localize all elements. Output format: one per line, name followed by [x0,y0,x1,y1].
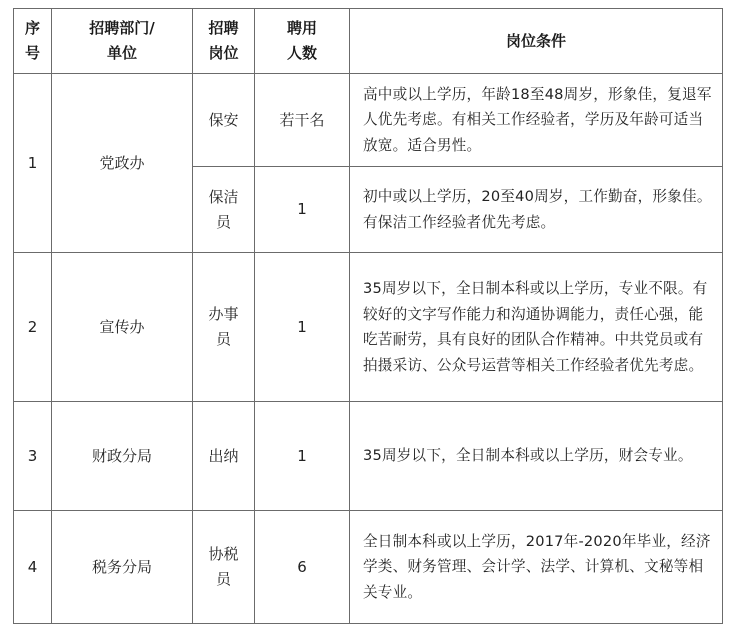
row-conditions: 初中或以上学历，20至40周岁，工作勤奋，形象佳。有保洁工作经验者优先考虑。 [350,167,723,253]
table-header-row: 序号 招聘部门/单位 招聘岗位 聘用人数 岗位条件 [14,9,723,74]
row-count: 1 [255,402,350,511]
table-row: 4 税务分局 协税员 6 全日制本科或以上学历，2017年-2020年毕业，经济… [14,511,723,624]
row-position: 协税员 [193,511,255,624]
row-conditions: 35周岁以下，全日制本科或以上学历，财会专业。 [350,402,723,511]
row-count: 1 [255,253,350,402]
row-department: 税务分局 [52,511,193,624]
table-row: 3 财政分局 出纳 1 35周岁以下，全日制本科或以上学历，财会专业。 [14,402,723,511]
table-row: 1 党政办 保安 若干名 高中或以上学历，年龄18至48周岁，形象佳，复退军人优… [14,74,723,167]
row-department: 财政分局 [52,402,193,511]
row-department: 宣传办 [52,253,193,402]
recruitment-table-container: 序号 招聘部门/单位 招聘岗位 聘用人数 岗位条件 1 党政办 保安 若干名 高… [13,8,722,624]
row-position: 保洁员 [193,167,255,253]
row-count: 1 [255,167,350,253]
header-department: 招聘部门/单位 [52,9,193,74]
table-row: 2 宣传办 办事员 1 35周岁以下，全日制本科或以上学历，专业不限。有较好的文… [14,253,723,402]
row-index: 1 [14,74,52,253]
row-index: 2 [14,253,52,402]
row-department: 党政办 [52,74,193,253]
row-index: 4 [14,511,52,624]
header-index: 序号 [14,9,52,74]
row-conditions: 35周岁以下，全日制本科或以上学历，专业不限。有较好的文字写作能力和沟通协调能力… [350,253,723,402]
row-count: 若干名 [255,74,350,167]
row-position: 保安 [193,74,255,167]
row-count: 6 [255,511,350,624]
row-position: 办事员 [193,253,255,402]
row-index: 3 [14,402,52,511]
header-conditions: 岗位条件 [350,9,723,74]
header-position: 招聘岗位 [193,9,255,74]
row-conditions: 全日制本科或以上学历，2017年-2020年毕业，经济学类、财务管理、会计学、法… [350,511,723,624]
recruitment-table: 序号 招聘部门/单位 招聘岗位 聘用人数 岗位条件 1 党政办 保安 若干名 高… [13,8,723,624]
row-conditions: 高中或以上学历，年龄18至48周岁，形象佳，复退军人优先考虑。有相关工作经验者，… [350,74,723,167]
header-count: 聘用人数 [255,9,350,74]
row-position: 出纳 [193,402,255,511]
